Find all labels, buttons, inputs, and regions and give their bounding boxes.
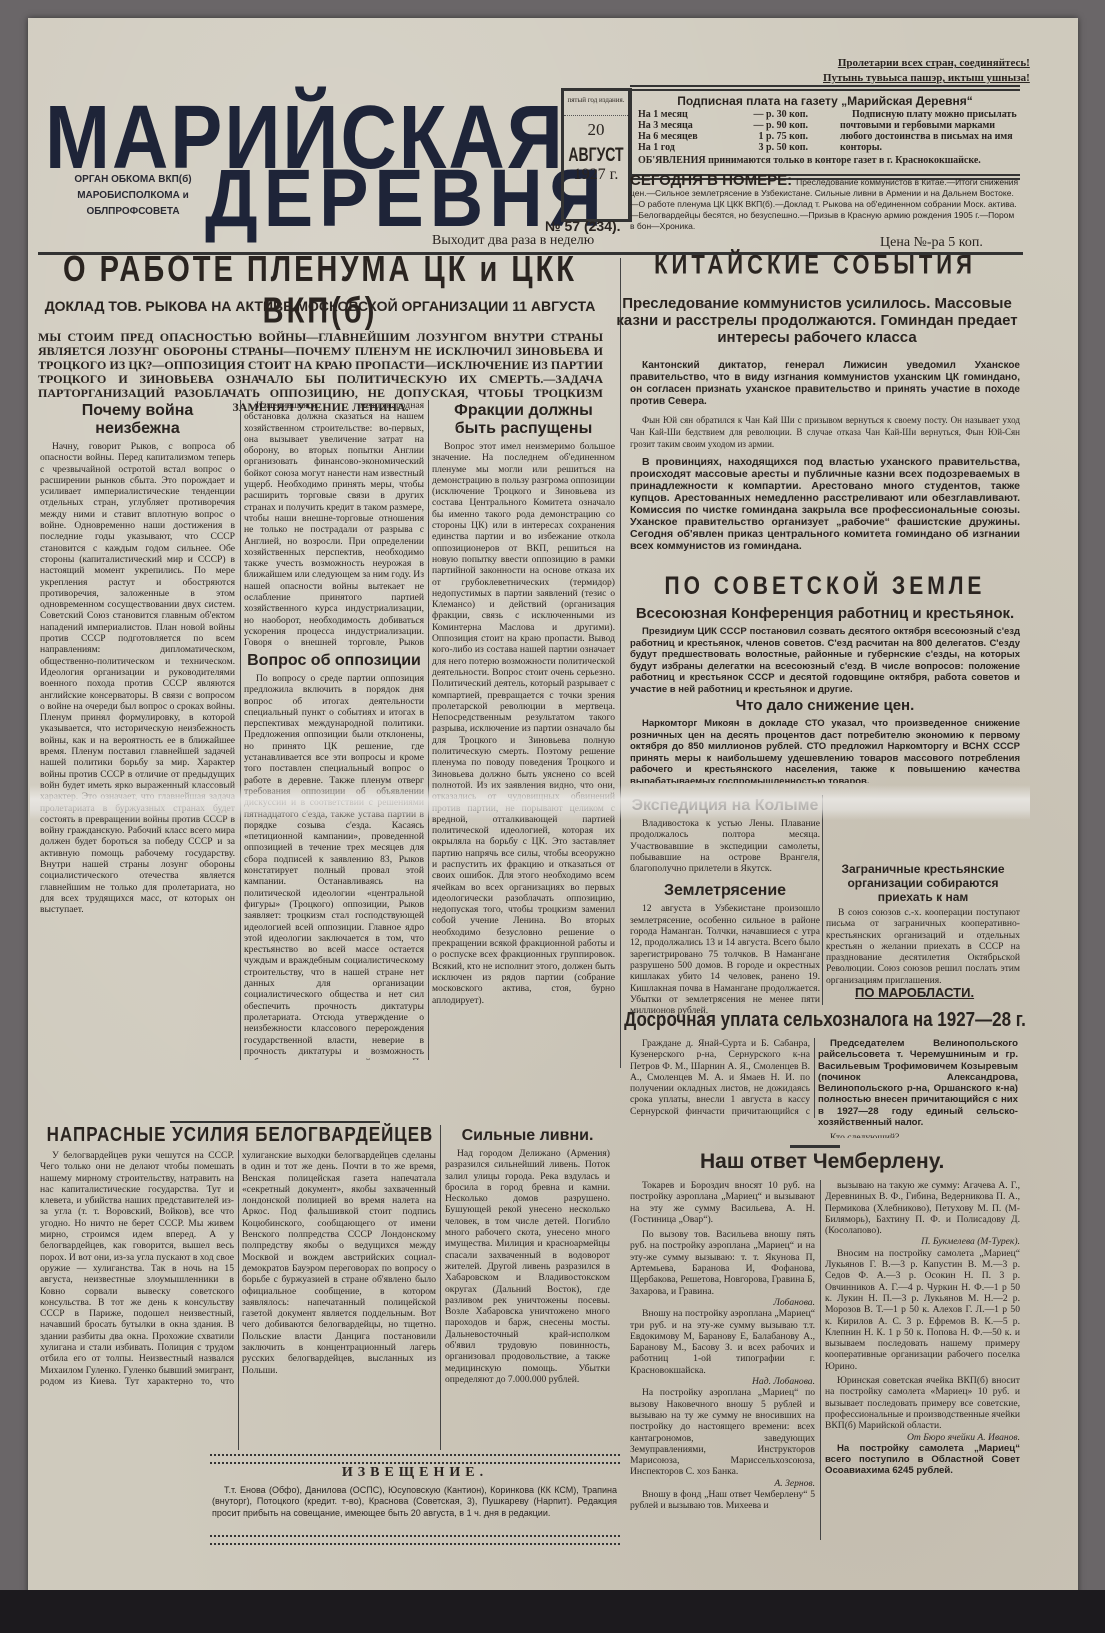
region-right-text: Председателем Велинопольского райсельсов… — [818, 1038, 1018, 1138]
main-subheadline: ДОКЛАД ТОВ. РЫКОВА НА АКТИВЕ МОСКОВСКОЙ … — [30, 298, 610, 314]
ornament-border — [210, 1454, 620, 1464]
article-column-1: Почему война неизбежна Начну, говорит Ры… — [40, 400, 235, 1060]
subscription-rates: На 1 месяц— р. 30 коп. На 3 месяца— р. 9… — [638, 109, 808, 153]
ornament-border — [210, 1535, 620, 1545]
slogan-russian: Пролетарии всех стран, соединяйтесь! — [823, 56, 1030, 71]
section-heading: Вопрос об оппозиции — [244, 652, 424, 670]
soviet-land-articles: Всесоюзная Конференция работниц и кресть… — [630, 603, 1020, 783]
region-left-text: Граждане д. Янай-Сурта и Б. Сабанра, Куз… — [630, 1038, 810, 1118]
column-divider — [240, 400, 241, 1060]
china-headline: КИТАЙСКИЕ СОБЫТИЯ — [610, 249, 1020, 280]
article-column-2a: Изменившаяся международная обстановка до… — [244, 400, 424, 650]
slogan: Пролетарии всех стран, соединяйтесь! Пут… — [823, 56, 1030, 86]
section-rule — [790, 1145, 840, 1148]
publisher-info: ОРГАН ОБКОМА ВКП(б) МАРОБИСПОЛКОМА и ОБЛ… — [58, 172, 208, 220]
date-box: пятый год издания. 20 АВГУСТ 1927 г. — [561, 88, 632, 222]
slogan-mari: Путынь тувьыса пашэр, иктыш ушныза! — [823, 71, 1030, 86]
today-in-issue: СЕГОДНЯ В НОМЕРЕ:Преследование коммунист… — [630, 175, 1020, 232]
china-article: Кантонский диктатор, генерал Лижисин уве… — [630, 360, 1020, 575]
issue-number: № 57 (234). — [545, 218, 621, 234]
rate-row: На 6 месяцев1 р. 75 коп. — [638, 131, 808, 142]
section-heading: Фракции должны быть распущены — [432, 402, 615, 438]
rain-article: Сильные ливни. Над городом Делижано (Арм… — [445, 1125, 610, 1450]
column-divider — [620, 258, 621, 1068]
region-section-label: ПО МАРОБЛАСТИ. — [855, 985, 974, 1000]
column-divider — [822, 795, 823, 1005]
china-subheadline: Преследование коммунистов усилилось. Мас… — [612, 295, 1022, 346]
chamberlain-headline: Наш ответ Чемберлену. — [700, 1150, 944, 1174]
chamberlain-right-column: вызываю на такую же сумму: Агачева А. Г.… — [825, 1180, 1020, 1540]
column-divider — [820, 1180, 821, 1540]
chamberlain-left-column: Токарев и Бороздич вносят 10 руб. на пос… — [630, 1180, 815, 1540]
section-heading: Почему война неизбежна — [40, 402, 235, 438]
whiteguards-headline: НАПРАСНЫЕ УСИЛИЯ БЕЛОГВАРДЕЙЦЕВ — [40, 1123, 440, 1147]
whiteguards-article: У белогвардейцев руки чешутся на СССР. Ч… — [40, 1150, 436, 1450]
subscription-box: Подписная плата на газету „Марийская Дер… — [630, 85, 1020, 180]
notice-text: Т.т. Енова (Обфо), Данилова (ОСПС), Юсуп… — [212, 1485, 617, 1533]
notice-headline: ИЗВЕЩЕНИЕ. — [210, 1465, 620, 1481]
soviet-land-headline: ПО СОВЕТСКОЙ ЗЕМЛЕ — [620, 573, 1030, 602]
rate-row: На 1 год3 р. 50 коп. — [638, 142, 808, 153]
article-column-3: Фракции должны быть распущены Вопрос это… — [432, 400, 615, 1060]
rate-row: На 3 месяца— р. 90 коп. — [638, 120, 808, 131]
column-divider — [814, 1038, 815, 1118]
rate-row: На 1 месяц— р. 30 коп. — [638, 109, 808, 120]
column-divider — [428, 400, 429, 1060]
scan-bottom-edge — [0, 1590, 1105, 1633]
column-divider — [440, 1125, 441, 1450]
article-column-2b: Вопрос об оппозиции По вопросу о среде п… — [244, 650, 424, 1060]
region-headline: Досрочная уплата сельхозналога на 1927—2… — [620, 1008, 1030, 1032]
publication-frequency: Выходит два раза в неделю — [432, 233, 594, 249]
paper-stain — [30, 785, 1030, 820]
main-headline: О РАБОТЕ ПЛЕНУМА ЦК и ЦКК ВКП(б) — [30, 250, 610, 333]
